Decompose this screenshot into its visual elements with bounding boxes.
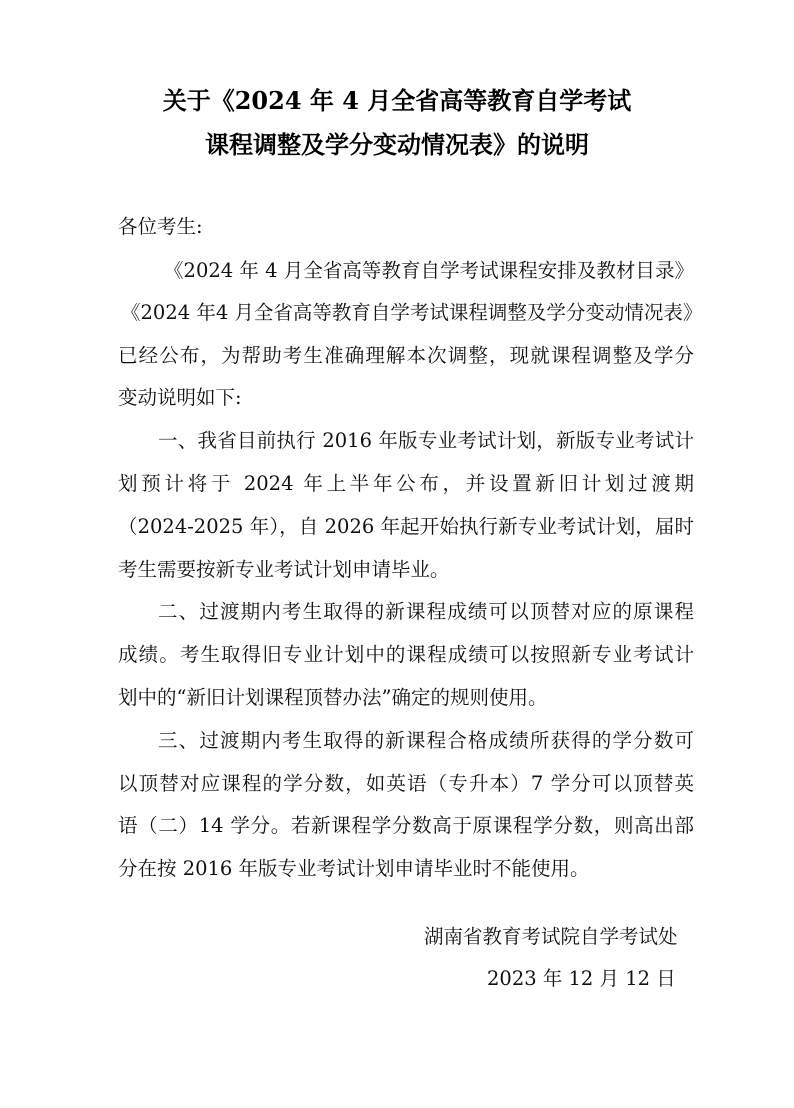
- intro-line-3: 已经公布，为帮助考生准确理解本次调整，现就课程调整及学分: [118, 343, 694, 369]
- section-3-line-2: 以顶替对应课程的学分数，如英语（专升本）7 学分可以顶替英: [118, 771, 694, 797]
- salutation: 各位考生:: [118, 214, 694, 240]
- signature-organization: 湖南省教育考试院自学考试处: [424, 924, 678, 950]
- section-1-line-3: （2024-2025 年），自 2026 年起开始执行新专业考试计划，届时: [118, 514, 694, 540]
- section-3-line-1: 三、过渡期内考生取得的新课程合格成绩所获得的学分数可: [158, 728, 694, 754]
- section-3-line-4: 分在按 2016 年版专业考试计划申请毕业时不能使用。: [118, 856, 694, 882]
- document-title-line-2: 课程调整及学分变动情况表》的说明: [0, 130, 794, 160]
- signature-date: 2023 年 12 月 12 日: [487, 966, 676, 992]
- section-1-line-4: 考生需要按新专业考试计划申请毕业。: [118, 557, 694, 583]
- document-title-line-1: 关于《2024 年 4 月全省高等教育自学考试: [0, 86, 794, 116]
- section-2-line-2: 成绩。考生取得旧专业计划中的课程成绩可以按照新专业考试计: [118, 642, 694, 668]
- intro-line-2: 《2024 年4 月全省高等教育自学考试课程调整及学分变动情况表》: [121, 300, 694, 326]
- section-1-line-2: 划预计将于 2024 年上半年公布，并设置新旧计划过渡期: [118, 471, 694, 497]
- section-2-line-1: 二、过渡期内考生取得的新课程成绩可以顶替对应的原课程: [158, 599, 694, 625]
- intro-line-4: 变动说明如下:: [118, 385, 694, 411]
- section-3-line-3: 语（二）14 学分。若新课程学分数高于原课程学分数，则高出部: [118, 813, 694, 839]
- intro-line-1: 《2024 年 4 月全省高等教育自学考试课程安排及教材目录》: [164, 258, 694, 284]
- section-1-line-1: 一、我省目前执行 2016 年版专业考试计划，新版专业考试计: [158, 428, 694, 454]
- document-page: 关于《2024 年 4 月全省高等教育自学考试 课程调整及学分变动情况表》的说明…: [0, 0, 794, 1108]
- section-2-line-3: 划中的“新旧计划课程顶替办法”确定的规则使用。: [118, 685, 694, 711]
